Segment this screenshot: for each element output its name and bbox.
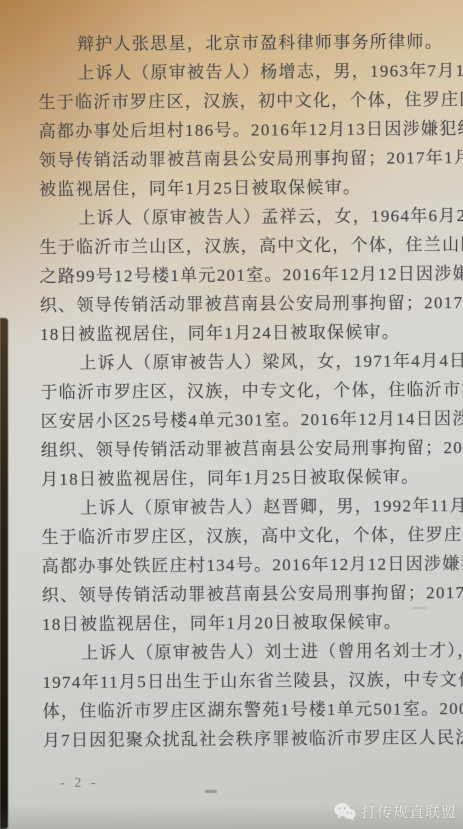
document-line: 上诉人（原审被告人）梁风，女，1971年4月4日出生	[40, 346, 463, 378]
document-line: 上诉人（原审被告人）孟祥云，女，1964年6月24日出	[39, 201, 463, 233]
document-line: 生于临沂市罗庄区，汉族，高中文化，个体，住罗庄区西	[41, 520, 463, 552]
watermark-label: 打传规直联盟	[361, 801, 457, 822]
document-line: 之路99号12号楼1单元201室。2016年12月12日因涉嫌犯组	[40, 259, 463, 291]
document-line: 上诉人（原审被告人）刘士进（曾用名刘士才），男	[42, 636, 463, 668]
page-left-edge-shadow	[0, 318, 8, 829]
smudge-mark	[205, 790, 217, 793]
document-line: 1974年11月5日出生于山东省兰陵县，汉族，中专文化，个	[42, 665, 463, 697]
smudge-mark	[412, 607, 426, 609]
document-line: 月18日被监视居住，同年1月25日被取保候审。	[41, 462, 463, 494]
document-line: 区安居小区25号楼4单元301室。2016年12月14日因涉嫌犯	[41, 404, 463, 436]
document-line: 18日被监视居住，同年1月24日被取保候审。	[40, 317, 463, 349]
wechat-icon	[334, 802, 356, 821]
document-line: 被监视居住，同年1月25日被取保候审。	[39, 172, 463, 204]
document-line: 组织、领导传销活动罪被莒南县公安局刑事拘留；2017年1	[41, 433, 463, 465]
document-line: 体，住临沂市罗庄区湖东警苑1号楼1单元501室。2006年	[43, 694, 463, 726]
watermark: 打传规直联盟	[334, 801, 457, 822]
page-number: - 2 -	[60, 776, 98, 792]
document-line: 18日被监视居住，同年1月20日被取保候审。	[42, 607, 463, 639]
document-line: 领导传销活动罪被莒南县公安局刑事拘留；2017年1月18日	[39, 143, 463, 175]
document-line: 上诉人（原审被告人）赵晋卿，男，1992年11月8日出	[41, 491, 463, 523]
document-line: 生于临沂市罗庄区，汉族，初中文化，个体，住罗庄区西	[38, 85, 463, 117]
document-line: 织、领导传销活动罪被莒南县公安局刑事拘留；2017年1月	[42, 578, 463, 610]
document-line: 上诉人（原审被告人）杨增志，男，1963年7月1日出	[38, 56, 463, 88]
document-body: 辩护人张思星，北京市盈科律师事务所律师。上诉人（原审被告人）杨增志，男，1963…	[38, 27, 463, 755]
document-line: 高都办事处铁匠庄村134号。2016年12月12日因涉嫌犯组	[42, 549, 463, 581]
document-line: 辩护人张思星，北京市盈科律师事务所律师。	[38, 27, 463, 59]
document-line: 高都办事处后坦村186号。2016年12月13日因涉嫌犯组织、	[39, 114, 463, 146]
document-line: 于临沂市罗庄区，汉族，中专文化，个体，住临沂市河东	[40, 375, 463, 407]
document-line: 月7日因犯聚众扰乱社会秩序罪被临沂市罗庄区人民法	[43, 723, 463, 755]
document-line: 织、领导传销活动罪被莒南县公安局刑事拘留；2017年1月	[40, 288, 463, 320]
document-line: 生于临沂市兰山区，汉族，高中文化，个体，住兰山区羲	[39, 230, 463, 262]
